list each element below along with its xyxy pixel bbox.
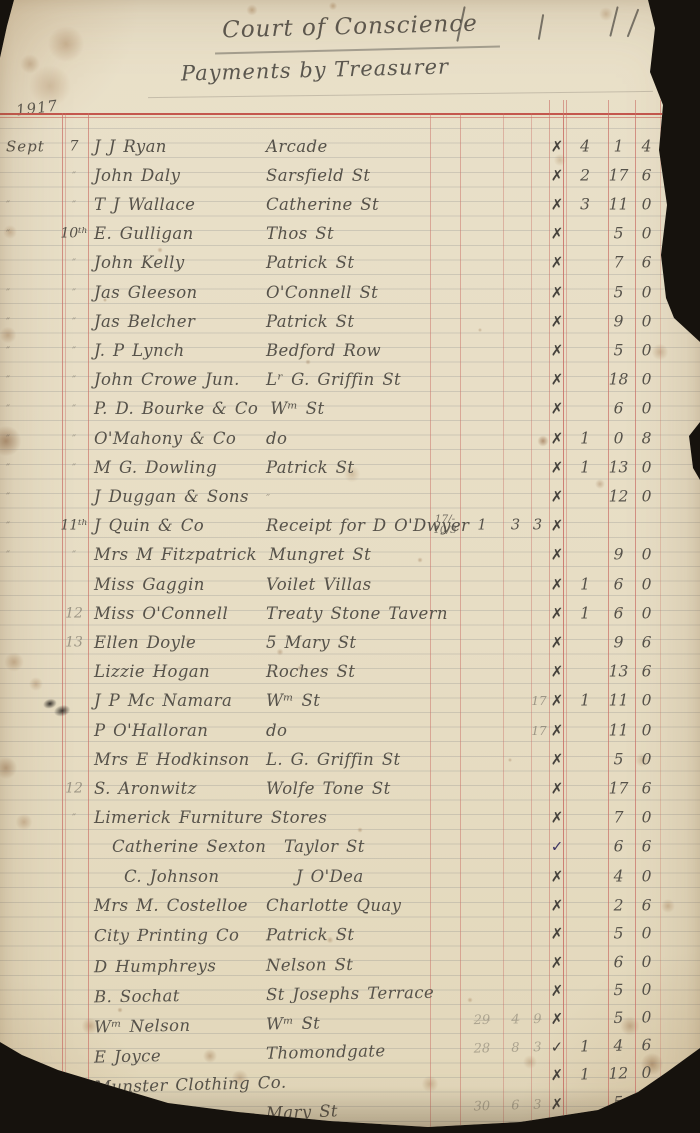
payee-address: ″ [266, 492, 271, 505]
check-mark: ✗ [546, 981, 568, 999]
faint-total-shillings: 6 [503, 1097, 528, 1113]
ledger-row: 13Ellen Doyle5 Mary St✗96 [0, 629, 700, 658]
payee-address: St Josephs Terrace [266, 982, 434, 1003]
ledger-row: ″Limerick Furniture Stores✗70 [0, 805, 700, 834]
check-mark: ✗ [546, 458, 568, 476]
payee-address: J O'Dea [296, 867, 364, 886]
entry-text: Ellen Doyle5 Mary St [94, 633, 264, 652]
amount-pounds: 3 [568, 196, 602, 214]
entry-day: ″ [60, 461, 88, 474]
entry-text: Wᵐ NelsonWᵐ St [94, 1014, 264, 1036]
entry-text: M G. DowlingPatrick St [94, 458, 264, 477]
payee-address: Wolfe Tone St [266, 779, 391, 798]
ledger-rows: Sept7J J RyanArcade✗414″John DalySarsfie… [0, 133, 700, 1133]
entry-text: City Printing CoPatrick St [94, 925, 264, 945]
amount-shillings: 5 [605, 342, 632, 360]
amount-pence: 0 [633, 546, 660, 564]
payee-name: T J Wallace [94, 195, 254, 214]
amount-shillings: 2 [605, 896, 632, 914]
payee-address: Patrick St [266, 312, 354, 331]
check-mark: ✗ [546, 604, 568, 622]
payee-name: Catherine Sexton [112, 837, 272, 856]
amount-shillings: 6 [605, 575, 632, 593]
entry-text: John DalySarsfield St [94, 166, 264, 185]
entry-text: Munster Clothing Co. [94, 1073, 264, 1096]
entry-text: Lizzie HoganRoches St [94, 662, 264, 681]
amount-shillings: 17 [605, 780, 632, 798]
ledger-row: Lizzie HoganRoches St✗136 [0, 659, 700, 688]
amount-pounds: 1 [568, 458, 602, 476]
payee-address: Sarsfield St [266, 166, 370, 185]
amount-pence: 0 [633, 1091, 661, 1110]
payee-name: Jas Belcher [94, 312, 254, 331]
entry-date: ″ [6, 228, 56, 241]
check-mark: ✗ [546, 342, 568, 360]
amount-shillings: 9 [605, 312, 632, 330]
payee-address: Patrick St [266, 458, 354, 477]
entry-text: Jas GleesonO'Connell St [94, 283, 264, 302]
payee-name: Lizzie Hogan [94, 662, 254, 681]
amount-shillings: 9 [605, 634, 632, 652]
amount-shillings: 1 [605, 137, 632, 155]
payee-name: P. D. Bourke & Co [94, 399, 258, 418]
payee-address: do [266, 429, 287, 448]
check-mark: ✗ [546, 575, 568, 593]
amount-shillings: 12 [605, 1064, 632, 1083]
payee-address: Treaty Stone Tavern [266, 604, 448, 623]
check-mark: ✗ [546, 254, 568, 272]
pencil-stroke [538, 14, 544, 40]
entry-text: Mrs M J BrienMary St [94, 1103, 265, 1127]
entry-date: ″ [6, 520, 56, 533]
amount-pounds: 1 [568, 692, 602, 710]
amount-shillings: 12 [605, 488, 632, 506]
check-mark: ✗ [546, 546, 568, 564]
entry-text: J Duggan & Sons″ [94, 487, 264, 506]
payee-name: J. P Lynch [94, 341, 254, 360]
payee-name: P O'Halloran [94, 721, 254, 740]
amount-shillings: 17 [605, 166, 632, 184]
check-mark: ✗ [546, 1094, 569, 1113]
page-subtitle: Payments by Treasurer [150, 54, 481, 87]
entry-day: ″ [60, 812, 88, 825]
entry-day: ″ [60, 169, 88, 182]
amount-pence: 6 [633, 780, 660, 798]
ruled-line-stub [549, 100, 550, 113]
ledger-row: ″J Duggan & Sons″✗120 [0, 483, 700, 512]
payee-name: E Joyce [94, 1044, 254, 1066]
entry-text: E. GulliganThos St [94, 224, 264, 243]
amount-shillings: 7 [605, 809, 632, 827]
payee-address: Catherine St [266, 195, 379, 214]
entry-text: E JoyceThomondgate [94, 1044, 264, 1067]
entry-text: J Quin & CoReceipt for D O'Dwyer [94, 516, 264, 535]
entry-day: 10ᵗʰ [60, 226, 88, 242]
check-mark: ✗ [546, 780, 568, 798]
amount-shillings: 4 [605, 867, 632, 885]
faint-total-pounds: 30 [464, 1098, 500, 1114]
subtitle-underline [148, 91, 653, 98]
amount-shillings: 6 [605, 400, 632, 418]
amount-pence: 4 [633, 137, 660, 155]
amount-shillings: 0 [605, 429, 632, 447]
pencil-stroke [627, 9, 640, 38]
payee-name: J J Ryan [94, 137, 254, 156]
entry-text: T J WallaceCatherine St [94, 195, 264, 214]
amount-pence: 6 [633, 663, 660, 681]
payee-name: Mrs E Hodkinson [94, 750, 254, 769]
ledger-row: ″″M G. DowlingPatrick St✗1130 [0, 454, 700, 483]
payee-address: Nelson St [266, 954, 353, 974]
ledger-row: ″11ᵗʰJ Quin & CoReceipt for D O'Dwyer17/… [0, 513, 700, 542]
ledger-row: ″″Jas GleesonO'Connell St✗50 [0, 279, 700, 308]
ledger-page: Court of Conscience Payments by Treasure… [0, 0, 700, 1133]
amount-pence: 8 [633, 429, 660, 447]
amount-pence: 0 [633, 867, 660, 885]
entry-text: Miss GagginVoilet Villas [94, 575, 264, 594]
faint-total-pence: 3 [528, 1096, 547, 1112]
entry-date: ″ [6, 198, 56, 211]
entry-text: Catherine SextonTaylor St [112, 837, 264, 856]
amount-shillings: 5 [605, 924, 632, 942]
check-mark: ✓ [546, 838, 568, 856]
ledger-row: Catherine SextonTaylor St✓66 [0, 834, 700, 863]
faint-total-shillings: 4 [503, 1012, 528, 1027]
amount-pounds: 2 [568, 166, 602, 184]
amount-pence: 0 [633, 488, 660, 506]
ledger-row: 12Miss O'ConnellTreaty Stone Tavern✗160 [0, 600, 700, 629]
entry-date: ″ [6, 374, 56, 387]
ledger-row: Mrs M. CostelloeCharlotte Quay✗26 [0, 892, 700, 921]
ledger-row: ″John KellyPatrick St✗76 [0, 250, 700, 279]
amount-pence: 0 [633, 750, 660, 768]
payee-address: Patrick St [266, 253, 354, 272]
check-mark: ✗ [546, 721, 568, 739]
payee-address: Wᵐ St [266, 1013, 321, 1033]
entry-date: ″ [6, 461, 56, 474]
entry-text: Mrs M FitzpatrickMungret St [94, 545, 264, 564]
entry-day: ″ [60, 403, 88, 416]
entry-date: ″ [6, 344, 56, 357]
ledger-row: Mrs E HodkinsonL. G. Griffin St✗50 [0, 746, 700, 775]
payee-name: John Kelly [94, 253, 254, 272]
amount-pence: 0 [633, 400, 660, 418]
ledger-row: 12S. AronwitzWolfe Tone St✗176 [0, 775, 700, 804]
payee-name: Mrs M Fitzpatrick [94, 545, 257, 564]
entry-text: Jas BelcherPatrick St [94, 312, 264, 331]
payee-address: O'Connell St [266, 283, 378, 302]
ledger-row: ″″O'Mahony & Codo✗108 [0, 425, 700, 454]
check-mark: ✗ [546, 925, 568, 943]
payee-address: Wᵐ St [270, 399, 324, 418]
entry-text: P O'Hallorando [94, 721, 264, 740]
entry-text: Limerick Furniture Stores [94, 808, 264, 827]
check-mark: ✗ [546, 312, 568, 330]
amount-shillings: 6 [605, 604, 632, 622]
entry-day: ″ [60, 286, 88, 299]
entry-text: J J RyanArcade [94, 137, 264, 156]
amount-pence: 0 [633, 1008, 660, 1026]
entry-day: ″ [60, 257, 88, 270]
entry-date: ″ [6, 549, 56, 562]
amount-pounds: 1 [568, 1037, 602, 1056]
payee-name: S. Aronwitz [94, 779, 254, 798]
entry-text: Mrs E HodkinsonL. G. Griffin St [94, 750, 264, 769]
amount-pence: 0 [633, 458, 660, 476]
payee-address: Bedford Row [266, 341, 381, 360]
faint-total-pounds: 28 [464, 1041, 500, 1057]
ruled-line-stub [660, 100, 661, 113]
ledger-row: City Printing CoPatrick St✗50 [0, 920, 700, 952]
entry-text: J P Mc NamaraWᵐ St [94, 691, 264, 710]
amount-shillings: 18 [605, 371, 632, 389]
entry-text: P. D. Bourke & CoWᵐ St [94, 399, 264, 418]
payee-address: Thos St [266, 224, 334, 243]
ruled-line-stub [563, 100, 564, 113]
payee-address: L. G. Griffin St [266, 750, 401, 769]
check-mark: ✗ [546, 283, 568, 301]
check-mark: ✗ [546, 166, 568, 184]
payee-name: Mrs M J Brien [94, 1103, 255, 1127]
payee-address: Mary St [266, 1101, 338, 1122]
payee-name: J P Mc Namara [94, 691, 254, 710]
faint-total-pence: 9 [528, 1011, 547, 1026]
amount-pence: 0 [633, 342, 660, 360]
entry-text: O'Mahony & Codo [94, 429, 264, 448]
amount-pence: 0 [633, 980, 660, 998]
ledger-row: ″10ᵗʰE. GulliganThos St✗50 [0, 221, 700, 250]
amount-pence: 0 [633, 809, 660, 827]
entry-day: ″ [60, 315, 88, 328]
check-mark: ✗ [546, 400, 568, 418]
amount-shillings: 9 [605, 546, 632, 564]
amount-pence: 0 [633, 196, 660, 214]
amount-pence: 6 [633, 634, 660, 652]
amount-shillings: 5 [605, 980, 632, 998]
payee-name: John Daly [94, 166, 254, 185]
rate-note: 17/-10/3 [428, 514, 462, 536]
payee-address: Wᵐ St [266, 691, 320, 710]
mid-amount-pounds: 1 [464, 518, 500, 534]
payee-name: Wᵐ Nelson [94, 1014, 254, 1036]
amount-pence: 0 [633, 692, 660, 710]
amount-pounds: 1 [568, 604, 602, 622]
payee-address: Arcade [266, 137, 328, 156]
payee-name: D Humphreys [94, 955, 254, 975]
ledger-row: ″″J. P LynchBedford Row✗50 [0, 337, 700, 366]
entry-day: 12 [60, 606, 88, 622]
entry-text: John Crowe Jun.Lʳ G. Griffin St [94, 370, 264, 389]
entry-day: 7 [60, 138, 88, 154]
entry-text: S. AronwitzWolfe Tone St [94, 779, 264, 798]
entry-day: 11ᵗʰ [60, 518, 88, 534]
check-mark: ✗ [546, 750, 568, 768]
entry-text: C. JohnsonJ O'Dea [124, 867, 264, 886]
ledger-row: ″″P. D. Bourke & CoWᵐ St✗60 [0, 396, 700, 425]
entry-text: Miss O'ConnellTreaty Stone Tavern [94, 604, 264, 623]
payee-name: J Quin & Co [94, 516, 254, 535]
payee-address: Voilet Villas [266, 575, 372, 594]
amount-shillings: 7 [605, 254, 632, 272]
amount-shillings: 5 [605, 283, 632, 301]
ledger-row: Sept7J J RyanArcade✗414 [0, 133, 700, 162]
entry-text: John KellyPatrick St [94, 253, 264, 272]
entry-day: ″ [60, 198, 88, 211]
entry-day: 13 [60, 635, 88, 651]
entry-date: ″ [6, 490, 56, 503]
payee-address: Mungret St [269, 545, 371, 564]
amount-shillings: 6 [605, 838, 632, 856]
check-mark: ✗ [546, 692, 568, 710]
ruled-line-stub [566, 100, 567, 113]
amount-pence: 0 [633, 371, 660, 389]
payee-name: Mrs M. Costelloe [94, 896, 254, 915]
amount-pence: 0 [633, 312, 660, 330]
amount-shillings: 6 [605, 952, 632, 970]
ledger-row: J P Mc NamaraWᵐ St17✗1110 [0, 688, 700, 717]
ledger-row: ″″Jas BelcherPatrick St✗90 [0, 308, 700, 337]
check-mark: ✗ [546, 225, 568, 243]
page-title: Court of Conscience [180, 10, 521, 45]
amount-pence: 0 [633, 721, 660, 739]
payee-address: Charlotte Quay [266, 896, 401, 915]
ledger-row: ″John DalySarsfield St✗2176 [0, 162, 700, 191]
payee-name: O'Mahony & Co [94, 429, 254, 448]
check-mark: ✗ [546, 1009, 568, 1027]
ledger-row: ″″Mrs M FitzpatrickMungret St✗90 [0, 542, 700, 571]
amount-shillings: 5 [605, 750, 632, 768]
amount-shillings: 4 [605, 1036, 632, 1055]
payee-name: Munster Clothing Co. [94, 1073, 287, 1097]
payee-name: City Printing Co [94, 925, 254, 945]
entry-day: 12 [60, 781, 88, 797]
amount-pounds: 4 [568, 137, 602, 155]
entry-day: ″ [60, 344, 88, 357]
check-mark: ✗ [546, 634, 568, 652]
entry-date: ″ [6, 286, 56, 299]
payee-address: Lʳ G. Griffin St [266, 370, 401, 389]
check-mark: ✗ [546, 867, 568, 885]
check-mark: ✗ [546, 371, 568, 389]
check-mark: ✗ [546, 896, 568, 914]
payee-address: Thomondgate [266, 1041, 386, 1063]
amount-pence: 6 [633, 1036, 660, 1055]
amount-pounds: 1 [568, 1065, 602, 1084]
paper-sheet: Court of Conscience Payments by Treasure… [0, 0, 700, 1133]
ledger-row: ″″T J WallaceCatherine St✗3110 [0, 191, 700, 220]
amount-pence: 0 [633, 1063, 660, 1082]
entry-date: ″ [6, 403, 56, 416]
payee-name: J Duggan & Sons [94, 487, 254, 506]
check-mark: ✓ [546, 1038, 568, 1056]
payee-address: Patrick St [266, 925, 355, 944]
amount-pence: 0 [633, 575, 660, 593]
payee-name: John Crowe Jun. [94, 370, 254, 389]
amount-shillings: 5 [605, 1008, 632, 1026]
amount-pence: 0 [633, 924, 660, 942]
amount-shillings: 5 [605, 1092, 633, 1111]
payee-name: Jas Gleeson [94, 283, 254, 302]
amount-pence: 0 [633, 283, 660, 301]
mid-amount-pence: 3 [528, 518, 547, 534]
payee-name: Miss Gaggin [94, 575, 254, 594]
entry-day: ″ [60, 432, 88, 445]
amount-shillings: 11 [605, 721, 632, 739]
amount-pounds: 1 [568, 575, 602, 593]
payee-address: Taylor St [284, 837, 365, 856]
amount-pounds: 1 [568, 429, 602, 447]
ruled-line-stub [608, 100, 609, 113]
check-mark: ✗ [546, 488, 568, 506]
mid-amount-shillings: 3 [503, 518, 528, 534]
check-mark: ✗ [546, 809, 568, 827]
payee-address: Roches St [266, 662, 355, 681]
ledger-row: ″″John Crowe Jun.Lʳ G. Griffin St✗180 [0, 367, 700, 396]
ledger-row: Miss GagginVoilet Villas✗160 [0, 571, 700, 600]
amount-pence: 0 [633, 952, 660, 970]
payee-name: Ellen Doyle [94, 633, 254, 652]
check-mark: ✗ [546, 517, 568, 535]
faint-total-pounds: 29 [464, 1012, 500, 1028]
payee-address: 5 Mary St [266, 633, 356, 652]
amount-pence: 6 [633, 896, 660, 914]
check-mark: ✗ [546, 953, 568, 971]
entry-day: ″ [60, 374, 88, 387]
payee-name: Miss O'Connell [94, 604, 254, 623]
payee-name: E. Gulligan [94, 224, 254, 243]
amount-shillings: 11 [605, 196, 632, 214]
amount-pence: 6 [633, 166, 660, 184]
faint-total-shillings: 8 [503, 1040, 528, 1056]
amount-pence: 0 [633, 225, 660, 243]
payee-name: Limerick Furniture Stores [94, 808, 327, 827]
check-mark: ✗ [546, 1066, 568, 1085]
amount-pence: 0 [633, 604, 660, 622]
title-underline [215, 46, 500, 54]
header-rule-top [0, 113, 700, 115]
amount-shillings: 5 [605, 225, 632, 243]
entry-text: Mrs M. CostelloeCharlotte Quay [94, 896, 264, 915]
faint-total-pence: 3 [528, 1040, 547, 1055]
entry-day: ″ [60, 549, 88, 562]
amount-pence: 6 [633, 838, 660, 856]
ledger-row: P O'Hallorando17✗110 [0, 717, 700, 746]
ledger-row: C. JohnsonJ O'Dea✗40 [0, 863, 700, 892]
payee-name: M G. Dowling [94, 458, 254, 477]
payee-name: C. Johnson [124, 867, 284, 886]
amount-shillings: 13 [605, 663, 632, 681]
entry-date: Sept [6, 137, 56, 155]
entry-text: D HumphreysNelson St [94, 955, 264, 975]
header-rule-bottom [0, 117, 700, 118]
payee-name: B. Sochat [94, 985, 254, 1006]
entry-text: B. SochatSt Josephs Terrace [94, 984, 264, 1005]
entry-text: J. P LynchBedford Row [94, 341, 264, 360]
payee-address: do [266, 721, 287, 740]
entry-date: ″ [6, 315, 56, 328]
amount-shillings: 11 [605, 692, 632, 710]
check-mark: ✗ [546, 137, 568, 155]
ruled-line-stub [635, 100, 636, 113]
amount-pence: 6 [633, 254, 660, 272]
check-mark: ✗ [546, 429, 568, 447]
amount-shillings: 13 [605, 458, 632, 476]
pencil-stroke [609, 6, 618, 37]
check-mark: ✗ [546, 663, 568, 681]
check-mark: ✗ [546, 196, 568, 214]
entry-date: ″ [6, 432, 56, 445]
